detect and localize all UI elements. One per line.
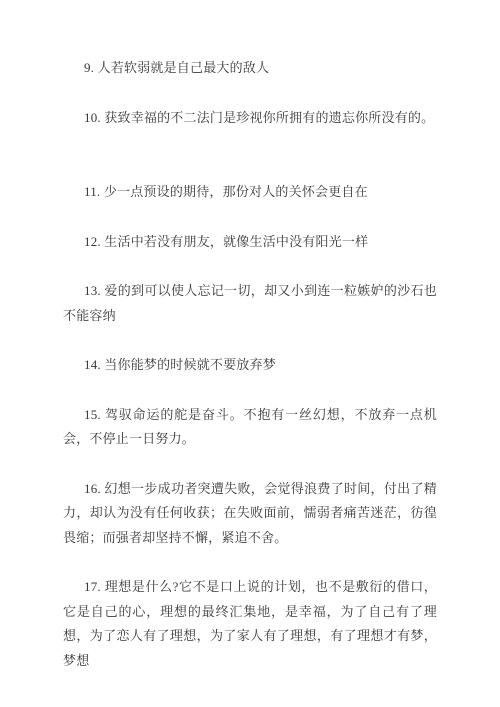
quote-item-11: 11. 少一点预设的期待，那份对人的关怀会更自在: [63, 180, 437, 205]
quote-item-12: 12. 生活中若没有朋友，就像生活中没有阳光一样: [63, 230, 437, 255]
quote-item-15: 15. 驾驭命运的舵是奋斗。不抱有一丝幻想，不放弃一点机会，不停止一日努力。: [63, 403, 437, 452]
quote-item-9: 9. 人若软弱就是自己最大的敌人: [63, 56, 437, 81]
quote-item-14: 14. 当你能梦的时候就不要放弃梦: [63, 353, 437, 378]
quote-item-13: 13. 爱的到可以使人忘记一切，却又小到连一粒嫉妒的沙石也不能容纳: [63, 279, 437, 328]
quote-item-16: 16. 幻想一步成功者突遭失败，会觉得浪费了时间，付出了精力，却认为没有任何收获…: [63, 477, 437, 551]
document-page: 9. 人若软弱就是自己最大的敌人 10. 获致幸福的不二法门是珍视你所拥有的遗忘…: [0, 0, 500, 707]
quote-item-10: 10. 获致幸福的不二法门是珍视你所拥有的遗忘你所没有的。: [63, 106, 437, 131]
quote-item-17: 17. 理想是什么?它不是口上说的计划，也不是敷衍的借口，它是自己的心，理想的最…: [63, 575, 437, 673]
